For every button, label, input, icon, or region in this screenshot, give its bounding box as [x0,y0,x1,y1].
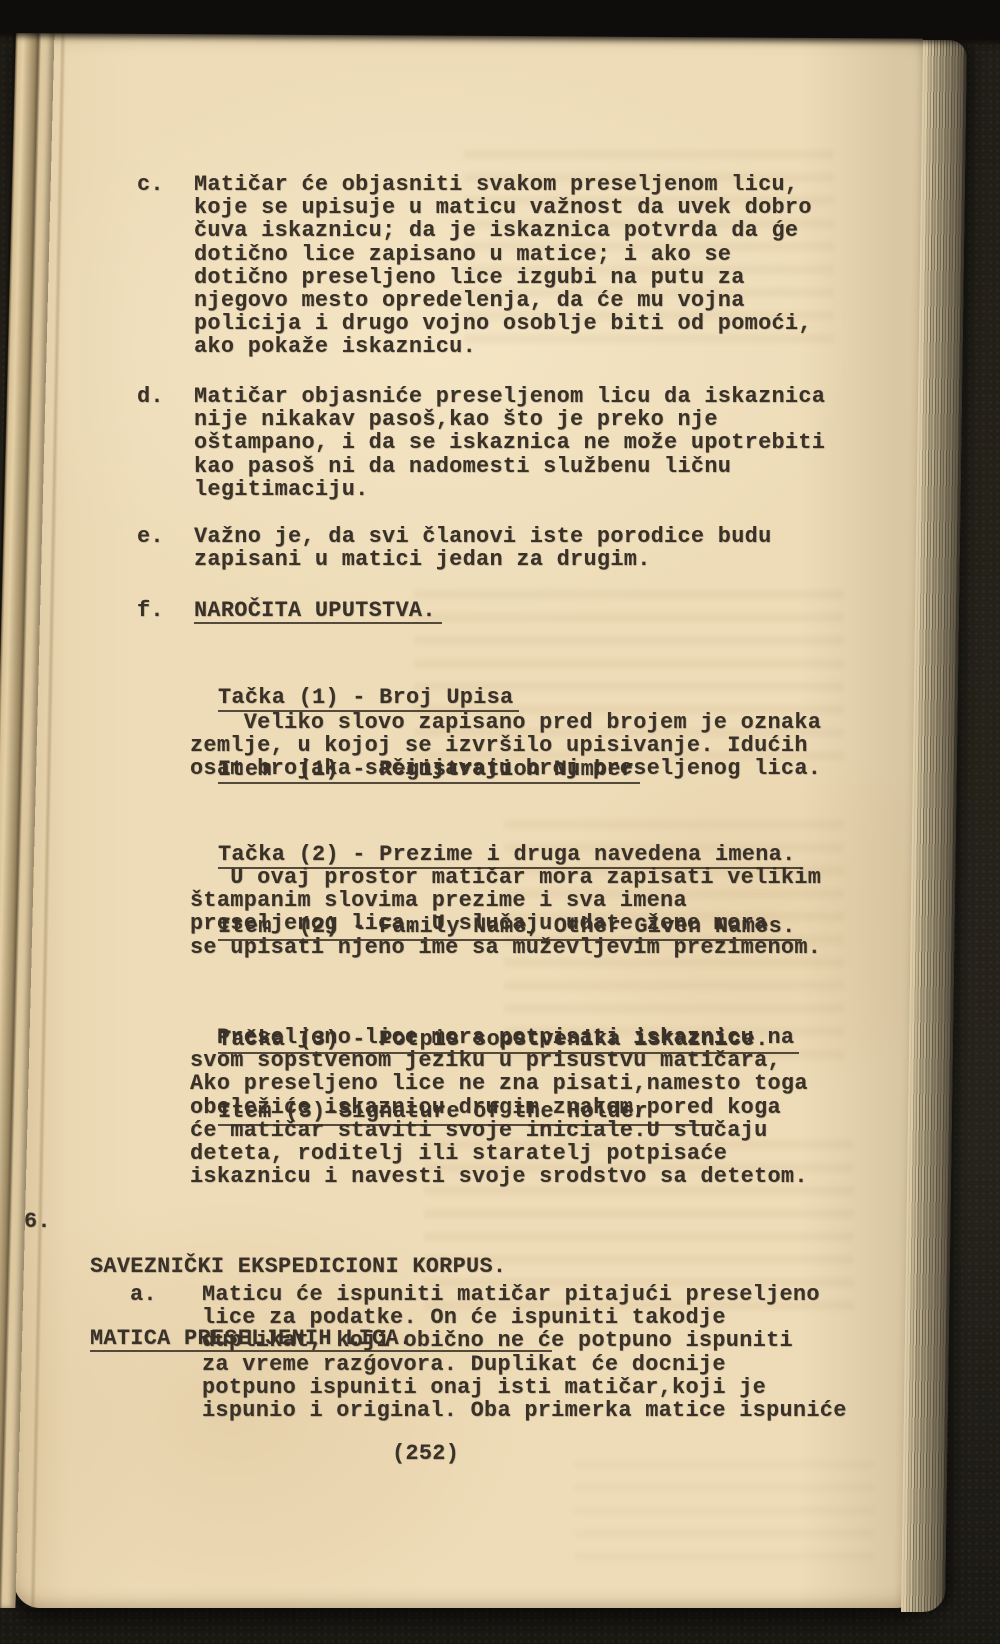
item-f-heading-text: NAROČITA UPUTSTVA. [194,599,442,624]
item-a-body: Maticu će ispuniti matičar pitajući pres… [202,1283,847,1422]
scanned-book-photo: c. Matičar će objasniti svakom preseljen… [0,0,1000,1644]
item-c-body: Matičar će objasniti svakom preseljenom … [194,173,812,359]
item-f-label: f. [137,599,164,622]
item-d-label: d. [137,385,164,408]
item-c-label: c. [137,173,164,196]
item-e-body: Važno je, da svi članovi iste porodice b… [194,525,772,571]
item-e-label: e. [137,525,164,548]
section-6-number: 6. [24,1210,51,1233]
top-black-band [0,0,1000,39]
item-a-label: a. [130,1283,157,1306]
item-f-heading: NAROČITA UPUTSTVA. [194,599,442,624]
point-1-serbian-text: Tačka (1) - Broj Upisa [218,687,519,712]
page-number: (252) [392,1442,459,1465]
book-page: c. Matičar će objasniti svakom preseljen… [14,30,926,1608]
point-3-body: Preseljeno lice mora potpisati iskaznicu… [190,1026,808,1188]
point-1-body: Veliko slovo zapisano pred brojem je ozn… [190,711,821,781]
section-6-title: SAVEZNIČKI EKSPEDICIONI KORPUS. [90,1256,552,1281]
section-6-title-text: SAVEZNIČKI EKSPEDICIONI KORPUS. [90,1254,506,1279]
typewritten-text-layer: c. Matičar će objasniti svakom preseljen… [14,30,926,1608]
item-d-body: Matičar objasniće preseljenom licu da is… [194,385,825,501]
point-2-body: U ovaj prostor matičar mora zapisati vel… [190,866,821,959]
